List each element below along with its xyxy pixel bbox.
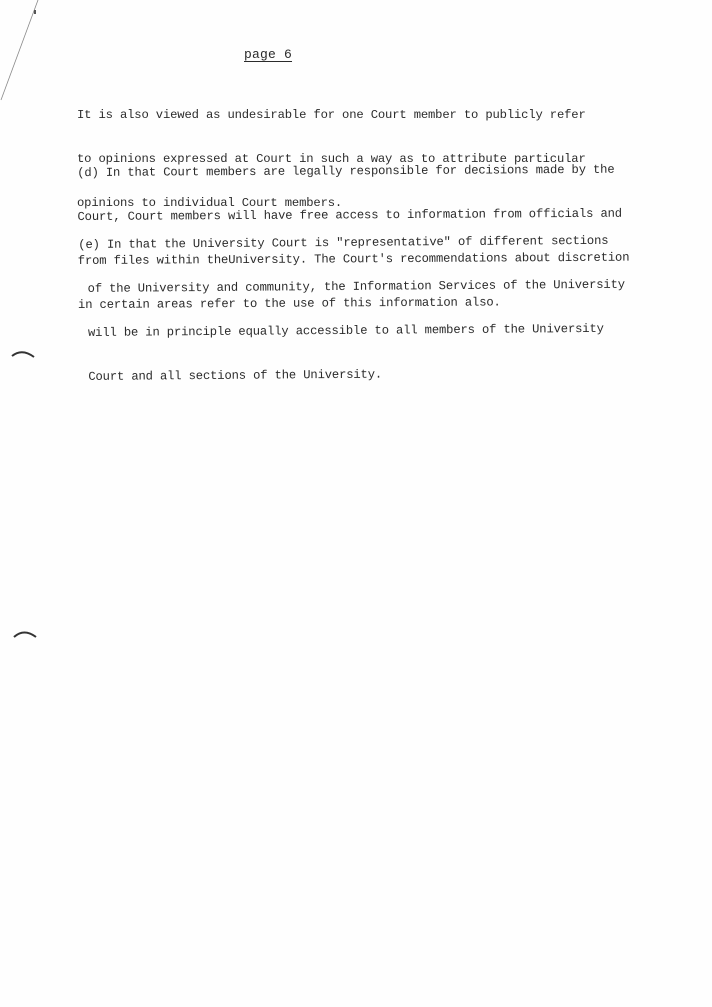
page-number-heading: page 6 xyxy=(244,47,292,62)
paragraph-line: (e) In that the University Court is "rep… xyxy=(78,234,624,253)
paragraph-e-information-services: (e) In that the University Court is "rep… xyxy=(78,205,626,414)
punch-hole-mark-bottom xyxy=(12,628,38,640)
paragraph-line: Court and all sections of the University… xyxy=(79,365,625,384)
paragraph-line: (d) In that Court members are legally re… xyxy=(77,163,629,181)
paragraph-line: It is also viewed as undesirable for one… xyxy=(77,108,586,123)
paragraph-line: of the University and community, the Inf… xyxy=(79,278,625,297)
document-page: page 6 It is also viewed as undesirable … xyxy=(0,0,712,1007)
punch-hole-mark-top xyxy=(10,348,36,360)
paragraph-line: will be in principle equally accessible … xyxy=(79,321,625,340)
page-edge-line-mark xyxy=(0,0,40,110)
